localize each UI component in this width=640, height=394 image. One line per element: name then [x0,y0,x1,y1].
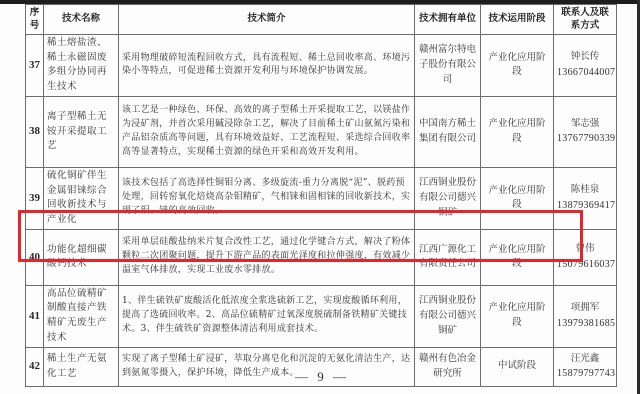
contact-phone: 13979381685 [557,316,613,332]
row-number: 40 [26,229,44,285]
row-number: 38 [26,96,44,167]
tech-owner: 江西铜业股份有限公司德兴铜矿 [415,285,481,347]
row-number: 41 [26,285,44,347]
tech-description: 实现了离子型稀土矿浸矿，萃取分离皂化和沉淀的无氨化清洁生产，达到氨氮零摄入，保护… [119,347,415,386]
header-name: 技术名称 [44,5,119,35]
tech-owner: 赣州有色冶金研究所 [415,347,481,386]
table-row: 37 稀土熔盐渣、稀土永磁固废多组分协同再生技术 采用物理破碎短流程回收方式，具… [26,35,617,97]
tech-stage: 产业化应用阶段 [481,167,554,229]
contact-cell: 邹志强 13767790339 [554,96,617,167]
contact-phone: 13767790339 [557,131,613,147]
contact-person: 钟长传 [557,50,613,65]
tech-name: 硫化铜矿伴生金属钼铼综合回收新技术与产业化 [44,167,119,229]
contact-phone: 13879369417 [557,198,613,214]
tech-name: 离子型稀土无铵开采提取工艺 [44,96,119,167]
tech-name: 稀土生产无氨化工艺 [44,347,119,386]
header-num: 序号 [26,5,44,35]
table-row-highlighted: 40 功能化超细碳酸钙技术 采用单层硅酸盐纳米片复合改性工艺，通过化学键合方式，… [26,229,617,285]
tech-stage: 中试阶段 [481,347,554,386]
row-number: 39 [26,167,44,229]
contact-cell: 项拥军 13979381685 [554,285,617,347]
contact-person: 项拥军 [557,301,613,316]
contact-person: 曾伟 [557,242,613,257]
technology-table: 序号 技术名称 技术简介 技术拥有单位 技术运用阶段 联系人及联系方式 37 稀… [25,4,617,387]
table-row: 38 离子型稀土无铵开采提取工艺 该工艺是一种绿色、环保、高效的离子型稀土开采提… [26,96,617,167]
header-stage: 技术运用阶段 [481,5,554,35]
tech-stage: 产业化应用阶段 [481,285,554,347]
document-page: 序号 技术名称 技术简介 技术拥有单位 技术运用阶段 联系人及联系方式 37 稀… [0,4,637,394]
header-owner: 技术拥有单位 [415,5,481,35]
table-row: 39 硫化铜矿伴生金属钼铼综合回收新技术与产业化 该技术包括了高选择性铜钼分离、… [26,167,617,229]
tech-owner: 江西广源化工有限责任公司 [415,229,481,285]
tech-description: 1、伴生硫铁矿废酸活化低浓度全浆选硫新工艺，实现废酸循环利用，提高了选硫回收率。… [119,285,415,347]
tech-description: 该工艺是一种绿色、环保、高效的离子型稀土开采提取工艺，以镁盐作为浸矿剂，并首次采… [119,96,415,167]
contact-person: 陈桂泉 [557,183,613,198]
contact-phone: 15879797743 [557,366,613,382]
row-number: 37 [26,35,44,97]
contact-cell: 汪光鑫 15879797743 [554,347,617,386]
row-number: 42 [26,347,44,386]
tech-owner: 中国南方稀土集团有限公司 [415,96,481,167]
page-number: — 9 — [295,369,349,385]
tech-stage: 产业化应用阶段 [481,96,554,167]
contact-cell: 曾伟 15079616037 [554,229,617,285]
contact-phone: 15079616037 [557,257,613,273]
tech-owner: 赣州富尔特电子股份有限公司 [415,35,481,97]
table-row: 41 高品位硫精矿制酸直接产铁精矿无废生产技术 1、伴生硫铁矿废酸活化低浓度全浆… [26,285,617,347]
tech-name: 稀土熔盐渣、稀土永磁固废多组分协同再生技术 [44,35,119,97]
tech-name: 高品位硫精矿制酸直接产铁精矿无废生产技术 [44,285,119,347]
contact-person: 邹志强 [557,117,613,132]
contact-cell: 陈桂泉 13879369417 [554,167,617,229]
table-header-row: 序号 技术名称 技术简介 技术拥有单位 技术运用阶段 联系人及联系方式 [26,5,617,35]
tech-stage: 产业化应用阶段 [481,35,554,97]
tech-description: 采用物理破碎短流程回收方式，具有流程短、稀土总回收率高、环境污染小等特点，可促进… [119,35,415,97]
contact-cell: 钟长传 13667044007 [554,35,617,97]
tech-stage: 产业化应用阶段 [481,229,554,285]
header-desc: 技术简介 [119,5,415,35]
tech-description: 该技术包括了高选择性铜钼分离、多级旋流-重力分离脱“泥”、脱药预处理，回转窑氧化… [119,167,415,229]
contact-phone: 13667044007 [557,65,613,81]
contact-person: 汪光鑫 [557,352,613,367]
tech-name: 功能化超细碳酸钙技术 [44,229,119,285]
tech-description: 采用单层硅酸盐纳米片复合改性工艺，通过化学键合方式，解决了粉体颗粒二次团聚问题，… [119,229,415,285]
tech-owner: 江西铜业股份有限公司德兴铜矿 [415,167,481,229]
header-contact: 联系人及联系方式 [554,5,617,35]
